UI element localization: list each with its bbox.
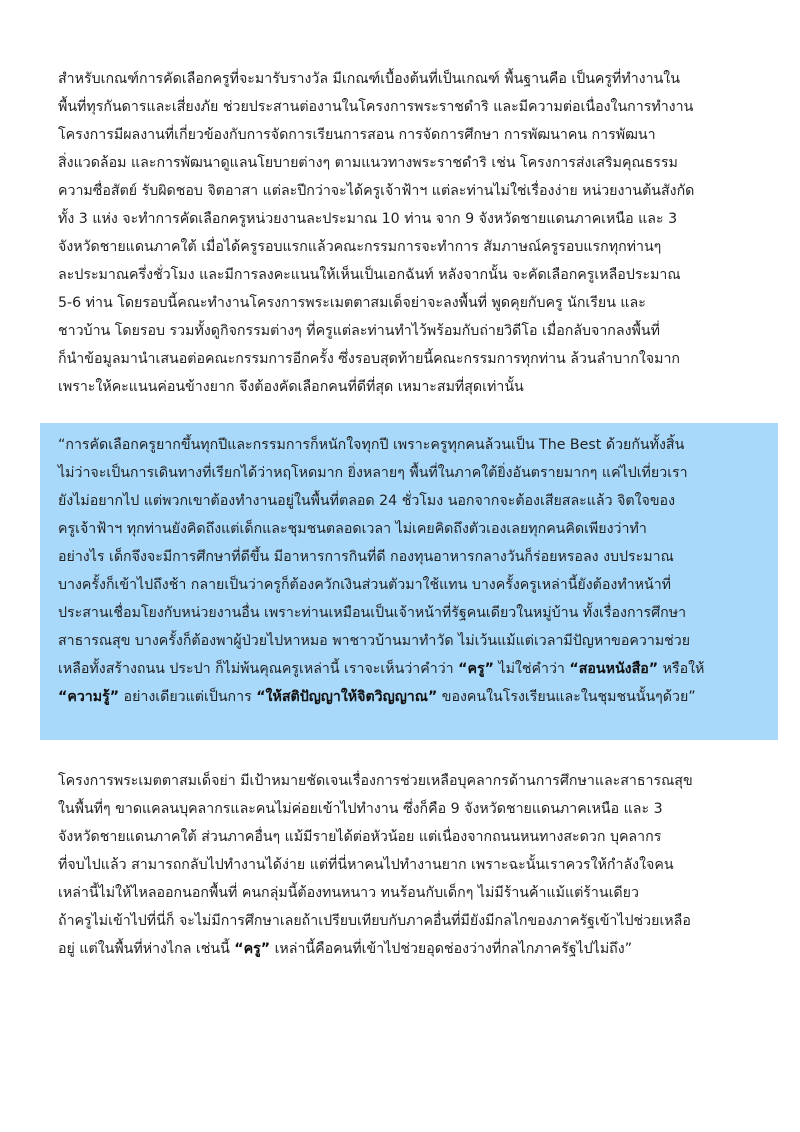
emphasis-teaching: “สอนหนังสือ” — [569, 661, 658, 677]
text-run: ของคนในโรงเรียนและในชุมชนนั้นๆด้วย” — [437, 689, 695, 705]
text-line: ในพื้นที่ๆ ขาดแคลนบุคลากรและคนไม่ค่อยเข้… — [58, 795, 770, 823]
text-line: สิ่งแวดล้อม และการพัฒนาดูแลนโยบายต่างๆ ต… — [58, 149, 770, 177]
text-line: บางครั้งก็เข้าไปถึงช้า กลายเป็นว่าครูก็ต… — [58, 571, 770, 599]
emphasis-kru: “ครู” — [458, 661, 494, 677]
text-line: เหล่านี้ไม่ให้ไหลออกนอกพื้นที่ คนกลุ่มนี… — [58, 879, 770, 907]
text-run: อย่างเดียวแต่เป็นการ — [119, 689, 256, 705]
text-run: เหล่านี้คือคนที่เข้าไปช่วยอุดช่องว่างที่… — [270, 941, 632, 957]
text-run: หรือให้ — [658, 661, 704, 677]
text-line: ที่จบไปแล้ว สามารถกลับไปทำงานได้ง่าย แต่… — [58, 851, 770, 879]
text-line: ละประมาณครึ่งชั่วโมง และมีการลงคะแนนให้เ… — [58, 261, 770, 289]
emphasis-kru: “ครู” — [234, 941, 270, 957]
text-line: ชาวบ้าน โดยรอบ รวมทั้งดูกิจกรรมต่างๆ ที่… — [58, 317, 770, 345]
text-line: ถ้าครูไม่เข้าไปที่นี่ก็ จะไม่มีการศึกษาเ… — [58, 907, 770, 935]
text-line: ก็นำข้อมูลมานำเสนอต่อคณะกรรมการอีกครั้ง … — [58, 345, 770, 373]
text-line: โครงการพระเมตตาสมเด็จย่า มีเป้าหมายชัดเจ… — [58, 767, 770, 795]
emphasis-knowledge: “ความรู้” — [58, 689, 119, 705]
text-run: ไม่ใช่คำว่า — [494, 661, 569, 677]
text-line: สาธารณสุข บางครั้งก็ต้องพาผู้ป่วยไปหาหมอ… — [58, 627, 770, 655]
text-line: เหลือทั้งสร้างถนน ประปา ก็ไม่พ้นคุณครูเห… — [58, 655, 770, 683]
text-line: จังหวัดชายแดนภาคใต้ ส่วนภาคอื่นๆ แม้มีรา… — [58, 823, 770, 851]
text-line: เพราะให้คะแนนค่อนข้างยาก จึงต้องคัดเลือก… — [58, 373, 770, 401]
text-line: โครงการมีผลงานที่เกี่ยวข้องกับการจัดการเ… — [58, 121, 770, 149]
text-run: เหลือทั้งสร้างถนน ประปา ก็ไม่พ้นคุณครูเห… — [58, 661, 458, 677]
text-line: 5-6 ท่าน โดยรอบนี้คณะทำงานโครงการพระเมตต… — [58, 289, 770, 317]
intro-paragraph: สำหรับเกณฑ์การคัดเลือกครูที่จะมารับรางวั… — [58, 65, 770, 401]
text-line: “ความรู้” อย่างเดียวแต่เป็นการ “ให้สติปั… — [58, 683, 770, 711]
closing-paragraph: โครงการพระเมตตาสมเด็จย่า มีเป้าหมายชัดเจ… — [58, 767, 770, 963]
text-line: พื้นที่ทุรกันดารและเสี่ยงภัย ช่วยประสานต… — [58, 93, 770, 121]
text-line: ไม่ว่าจะเป็นการเดินทางที่เรียกได้ว่าหฤโห… — [58, 459, 770, 487]
text-line: จังหวัดชายแดนภาคใต้ เมื่อได้ครูรอบแรกแล้… — [58, 233, 770, 261]
text-line: สำหรับเกณฑ์การคัดเลือกครูที่จะมารับรางวั… — [58, 65, 770, 93]
text-line: ความซื่อสัตย์ รับผิดชอบ จิตอาสา แต่ละปีก… — [58, 177, 770, 205]
text-line: ครูเจ้าฟ้าฯ ทุกท่านยังคิดถึงแต่เด็กและชุ… — [58, 515, 770, 543]
text-line: ยังไม่อยากไป แต่พวกเขาต้องทำงานอยู่ในพื้… — [58, 487, 770, 515]
text-line: อย่างไร เด็กจึงจะมีการศึกษาที่ดีขึ้น มีอ… — [58, 543, 770, 571]
text-line: อยู่ แต่ในพื้นที่ห่างไกล เช่นนี้ “ครู” เ… — [58, 935, 770, 963]
text-line: ประสานเชื่อมโยงกับหน่วยงานอื่น เพราะท่าน… — [58, 599, 770, 627]
text-line: ทั้ง 3 แห่ง จะทำการคัดเลือกครูหน่วยงานละ… — [58, 205, 770, 233]
emphasis-wisdom: “ให้สติปัญญาให้จิตวิญญาณ” — [256, 689, 437, 705]
quote-paragraph: “การคัดเลือกครูยากขึ้นทุกปีและกรรมการก็ห… — [58, 431, 770, 711]
text-line: “การคัดเลือกครูยากขึ้นทุกปีและกรรมการก็ห… — [58, 431, 770, 459]
text-run: อยู่ แต่ในพื้นที่ห่างไกล เช่นนี้ — [58, 941, 234, 957]
